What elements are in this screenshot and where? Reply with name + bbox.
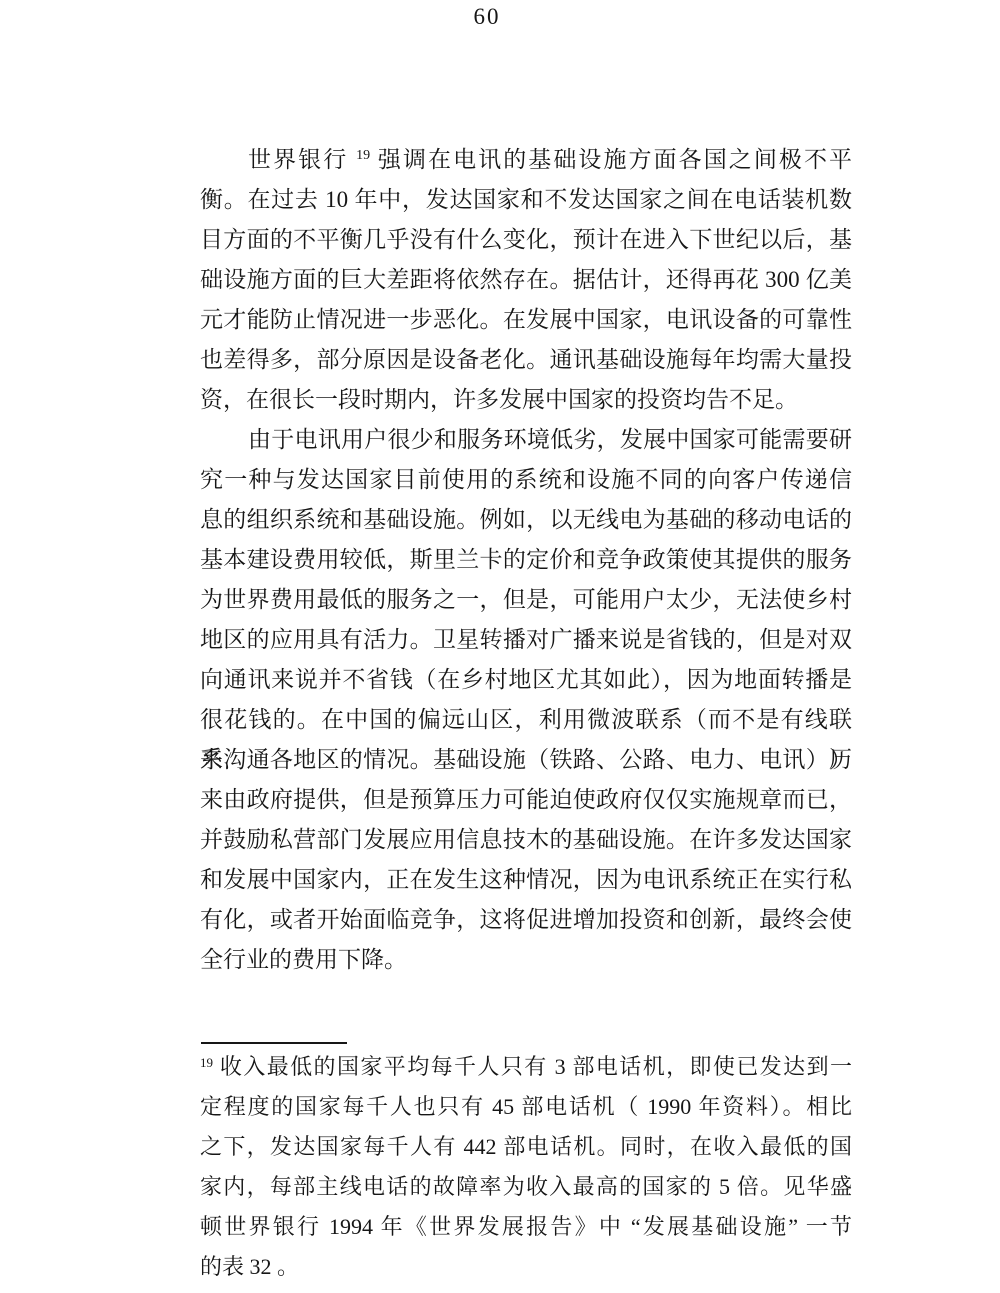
paragraph: 世界银行 19 强调在电讯的基础设施方面各国之间极不平衡。在过去 10 年中，发… <box>200 140 852 420</box>
text-segment: 并鼓励私营部门发展应用信息技木的基础设施。在许多发达国家 <box>200 827 852 852</box>
text-segment: 基本建设费用较低，斯里兰卡的定价和竞争政策使其提供的服务 <box>200 547 852 572</box>
text-line: 元才能防止情况进一步恶化。在发展中国家，电讯设备的可靠性 <box>200 300 852 340</box>
text-segment: 向通讯来说并不省钱（在乡村地区尤其如此），因为地面转播是 <box>200 667 852 692</box>
text-line: 基本建设费用较低，斯里兰卡的定价和竞争政策使其提供的服务 <box>200 540 852 580</box>
text-line: 础设施方面的巨大差距将依然存在。据估计，还得再花 300 亿美 <box>200 260 852 300</box>
text-line: 衡。在过去 10 年中，发达国家和不发达国家之间在电话装机数 <box>200 180 852 220</box>
text-line: 目方面的不平衡几乎没有什么变化，预计在进入下世纪以后，基 <box>200 220 852 260</box>
text-line: 地区的应用具有活力。卫星转播对广播来说是省钱的，但是对双 <box>200 620 852 660</box>
text-segment: 元才能防止情况进一步恶化。在发展中国家，电讯设备的可靠性 <box>200 307 852 332</box>
text-segment: 有化，或者开始面临竞争，这将促进增加投资和创新，最终会使 <box>200 907 852 932</box>
text-line: 来沟通各地区的情况。基础设施（铁路、公路、电力、电讯）历 <box>200 740 852 780</box>
text-line: 的表 32 。 <box>200 1247 852 1287</box>
text-segment: 为世界费用最低的服务之一，但是，可能用户太少，无法使乡村 <box>200 587 852 612</box>
text-segment: 息的组织系统和基础设施。例如，以无线电为基础的移动电话的 <box>200 507 852 532</box>
text-segment: 的表 32 。 <box>200 1254 299 1279</box>
text-line: 息的组织系统和基础设施。例如，以无线电为基础的移动电话的 <box>200 500 852 540</box>
text-line: 家内，每部主线电话的故障率为收入最高的国家的 5 倍。见华盛 <box>200 1167 852 1207</box>
text-segment: 之下，发达国家每千人有 442 部电话机。同时，在收入最低的国 <box>200 1134 852 1159</box>
text-segment: 全行业的费用下降。 <box>200 947 407 972</box>
text-line: 和发展中国家内，正在发生这种情况，因为电讯系统正在实行私 <box>200 860 852 900</box>
text-line: 世界银行 19 强调在电讯的基础设施方面各国之间极不平 <box>200 140 852 180</box>
footnote-reference: 19 <box>200 1055 213 1070</box>
text-line: 并鼓励私营部门发展应用信息技木的基础设施。在许多发达国家 <box>200 820 852 860</box>
text-line: 顿世界银行 1994 年《世界发展报告》中 “发展基础设施” 一节 <box>200 1207 852 1247</box>
text-segment: 也差得多，部分原因是设备老化。通讯基础设施每年均需大量投 <box>200 347 852 372</box>
text-segment: 家内，每部主线电话的故障率为收入最高的国家的 5 倍。见华盛 <box>200 1174 852 1199</box>
footnote-separator <box>201 1042 347 1044</box>
footnote-reference: 19 <box>356 148 370 163</box>
text-line: 定程度的国家每千人也只有 45 部电话机（ 1990 年资料）。相比 <box>200 1087 852 1127</box>
text-segment: 顿世界银行 1994 年《世界发展报告》中 “发展基础设施” 一节 <box>200 1214 852 1239</box>
text-line: 之下，发达国家每千人有 442 部电话机。同时，在收入最低的国 <box>200 1127 852 1167</box>
text-line: 资，在很长一段时期内，许多发展中国家的投资均告不足。 <box>200 380 852 420</box>
text-segment: 定程度的国家每千人也只有 45 部电话机（ 1990 年资料）。相比 <box>200 1094 852 1119</box>
text-line: 来由政府提供，但是预算压力可能迫使政府仅仅实施规章而已， <box>200 780 852 820</box>
paragraph: 由于电讯用户很少和服务环境低劣，发展中国家可能需要研究一种与发达国家目前使用的系… <box>200 420 852 980</box>
text-line: 19 收入最低的国家平均每千人只有 3 部电话机，即使已发达到一 <box>200 1047 852 1087</box>
body-text: 世界银行 19 强调在电讯的基础设施方面各国之间极不平衡。在过去 10 年中，发… <box>200 140 852 980</box>
text-segment: 来沟通各地区的情况。基础设施（铁路、公路、电力、电讯）历 <box>200 747 852 772</box>
text-segment: 资，在很长一段时期内，许多发展中国家的投资均告不足。 <box>200 387 798 412</box>
text-segment: 强调在电讯的基础设施方面各国之间极不平 <box>370 147 852 172</box>
text-line: 究一种与发达国家目前使用的系统和设施不同的向客户传递信 <box>200 460 852 500</box>
text-segment: 衡。在过去 10 年中，发达国家和不发达国家之间在电话装机数 <box>200 187 852 212</box>
text-segment: 收入最低的国家平均每千人只有 3 部电话机，即使已发达到一 <box>213 1054 852 1079</box>
text-line: 全行业的费用下降。 <box>200 940 852 980</box>
text-segment: 究一种与发达国家目前使用的系统和设施不同的向客户传递信 <box>200 467 852 492</box>
text-line: 为世界费用最低的服务之一，但是，可能用户太少，无法使乡村 <box>200 580 852 620</box>
text-segment: 由于电讯用户很少和服务环境低劣，发展中国家可能需要研 <box>248 427 852 452</box>
document-page: 60 世界银行 19 强调在电讯的基础设施方面各国之间极不平衡。在过去 10 年… <box>0 0 1000 1293</box>
text-segment: 世界银行 <box>248 147 356 172</box>
text-segment: 目方面的不平衡几乎没有什么变化，预计在进入下世纪以后，基 <box>200 227 852 252</box>
text-segment: 和发展中国家内，正在发生这种情况，因为电讯系统正在实行私 <box>200 867 852 892</box>
text-line: 也差得多，部分原因是设备老化。通讯基础设施每年均需大量投 <box>200 340 852 380</box>
text-segment: 地区的应用具有活力。卫星转播对广播来说是省钱的，但是对双 <box>200 627 852 652</box>
footnote-text: 19 收入最低的国家平均每千人只有 3 部电话机，即使已发达到一定程度的国家每千… <box>200 1047 852 1287</box>
text-line: 很花钱的。在中国的偏远山区，利用微波联系（而不是有线联系） <box>200 700 852 740</box>
text-segment: 础设施方面的巨大差距将依然存在。据估计，还得再花 300 亿美 <box>200 267 852 292</box>
page-number: 60 <box>0 4 974 30</box>
text-line: 有化，或者开始面临竞争，这将促进增加投资和创新，最终会使 <box>200 900 852 940</box>
text-segment: 来由政府提供，但是预算压力可能迫使政府仅仅实施规章而已， <box>200 787 852 812</box>
text-line: 向通讯来说并不省钱（在乡村地区尤其如此），因为地面转播是 <box>200 660 852 700</box>
text-line: 由于电讯用户很少和服务环境低劣，发展中国家可能需要研 <box>200 420 852 460</box>
